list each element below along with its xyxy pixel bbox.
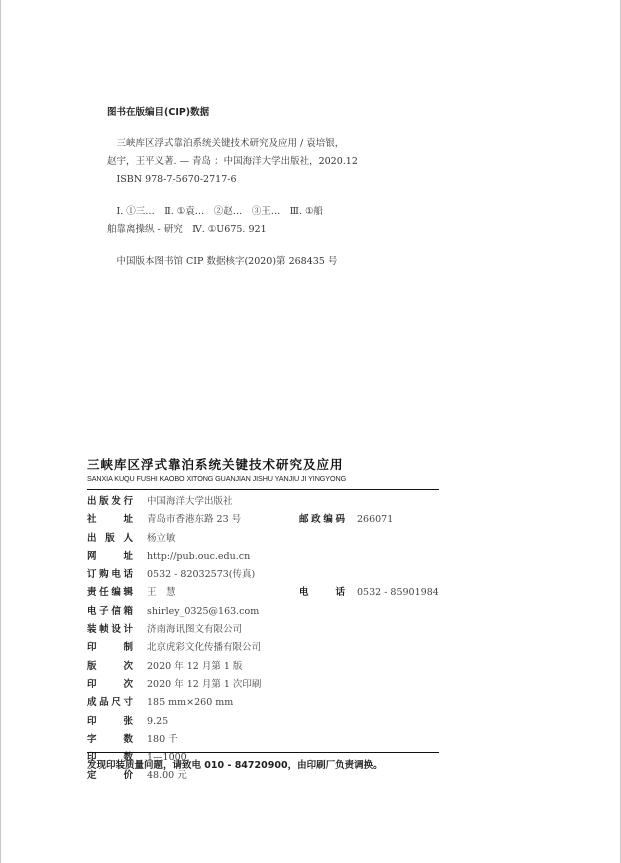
info-value: 9.25 [147, 713, 168, 731]
info-row: 出版人杨立敏 [87, 530, 447, 548]
label-char: 制 [123, 639, 133, 657]
label-char: 次 [123, 658, 133, 676]
label-char: 箱 [123, 603, 133, 621]
info-row: 版次2020 年 12 月第 1 版 [87, 658, 447, 676]
cip-line: 舶靠离操纵 - 研究 Ⅳ. ①U675. 921 [107, 221, 437, 239]
divider-top [87, 489, 439, 490]
label-char: 成 [87, 694, 97, 712]
info-label: 出版发行 [87, 493, 133, 511]
label-char: 印 [87, 639, 97, 657]
info-value-secondary: 0532 - 85901984 [357, 584, 439, 602]
label-char: 辑 [123, 584, 133, 602]
info-value: 2020 年 12 月第 1 次印刷 [147, 676, 261, 694]
label-char: 电 [87, 603, 97, 621]
info-row: 订购电话0532 - 82032573(传真) [87, 566, 447, 584]
info-value: 济南海讯图文有限公司 [147, 621, 242, 639]
info-label: 社址 [87, 511, 133, 529]
info-row: 电子信箱shirley_0325@163.com [87, 603, 447, 621]
label-char: 版 [99, 493, 109, 511]
label-char: 出 [87, 493, 97, 511]
label-char: 尺 [111, 694, 121, 712]
divider-bottom [87, 752, 439, 753]
info-value: 2020 年 12 月第 1 版 [147, 658, 242, 676]
info-label: 网址 [87, 548, 133, 566]
label-char: 社 [87, 511, 97, 529]
info-row: 社址青岛市香港东路 23 号邮政编码266071 [87, 511, 447, 529]
info-label: 责任编辑 [87, 584, 133, 602]
label-char: 址 [123, 548, 133, 566]
label-char: 装 [87, 621, 97, 639]
label-char: 张 [123, 713, 133, 731]
label-char: 出 [87, 530, 97, 548]
label-char: 址 [123, 511, 133, 529]
cip-line: Ⅰ. ①三… Ⅱ. ①袁… ②赵… ③王… Ⅲ. ①船 [107, 203, 437, 221]
info-label: 版次 [87, 658, 133, 676]
info-value: 中国海洋大学出版社 [147, 493, 233, 511]
publication-info: 出版发行中国海洋大学出版社社址青岛市香港东路 23 号邮政编码266071出版人… [87, 493, 447, 786]
label-char: 任 [99, 584, 109, 602]
spacer [107, 189, 437, 203]
label-char: 数 [123, 731, 133, 749]
quality-notice: 发现印装质量问题，请致电 010 - 84720900，由印刷厂负责调换。 [87, 757, 383, 771]
label-char: 邮 [299, 511, 309, 529]
info-row: 责任编辑王 慧电话0532 - 85901984 [87, 584, 447, 602]
label-char: 印 [87, 676, 97, 694]
cip-isbn: ISBN 978-7-5670-2717-6 [107, 171, 437, 189]
info-row: 装帧设计济南海讯图文有限公司 [87, 621, 447, 639]
info-value: http://pub.ouc.edu.cn [147, 548, 250, 566]
info-label-secondary: 电话 [299, 584, 345, 602]
label-char: 发 [111, 493, 121, 511]
cip-heading: 图书在版编目(CIP)数据 [107, 104, 437, 122]
info-value: 王 慧 [147, 584, 176, 602]
info-value: 180 千 [147, 731, 178, 749]
info-row: 印制北京虎彩文化传播有限公司 [87, 639, 447, 657]
page-edge-left [0, 0, 1, 863]
label-char: 印 [87, 713, 97, 731]
info-label: 印制 [87, 639, 133, 657]
info-label: 订购电话 [87, 566, 133, 584]
label-char: 责 [87, 584, 97, 602]
label-char: 信 [111, 603, 121, 621]
cip-record-number: 中国版本图书馆 CIP 数据核字(2020)第 268435 号 [107, 253, 437, 271]
info-label: 印张 [87, 713, 133, 731]
info-value: 0532 - 82032573(传真) [147, 566, 255, 584]
info-label: 出版人 [87, 530, 133, 548]
info-value: 185 mm×260 mm [147, 694, 233, 712]
info-row: 出版发行中国海洋大学出版社 [87, 493, 447, 511]
label-char: 行 [123, 493, 133, 511]
label-char: 编 [111, 584, 121, 602]
label-char: 电 [299, 584, 309, 602]
label-char: 话 [123, 566, 133, 584]
label-char: 码 [335, 511, 345, 529]
label-char: 字 [87, 731, 97, 749]
info-label-secondary: 邮政编码 [299, 511, 345, 529]
label-char: 版 [87, 658, 97, 676]
info-row: 成品尺寸185 mm×260 mm [87, 694, 447, 712]
label-char: 电 [111, 566, 121, 584]
label-char: 购 [99, 566, 109, 584]
label-char: 话 [335, 584, 345, 602]
info-row: 印次2020 年 12 月第 1 次印刷 [87, 676, 447, 694]
info-row: 字数180 千 [87, 731, 447, 749]
label-char: 品 [99, 694, 109, 712]
label-char: 版 [105, 530, 115, 548]
info-label: 电子信箱 [87, 603, 133, 621]
cip-data-block: 图书在版编目(CIP)数据 三峡库区浮式靠泊系统关键技术研究及应用 / 袁培银，… [107, 104, 437, 271]
label-char: 设 [111, 621, 121, 639]
info-label: 装帧设计 [87, 621, 133, 639]
info-value: 杨立敏 [147, 530, 176, 548]
info-value: 青岛市香港东路 23 号 [147, 511, 241, 529]
label-char: 寸 [123, 694, 133, 712]
cip-line: 赵宇，王平义著. — 青岛 ：中国海洋大学出版社，2020.12 [107, 153, 437, 171]
info-row: 网址http://pub.ouc.edu.cn [87, 548, 447, 566]
label-char: 网 [87, 548, 97, 566]
info-row: 印张9.25 [87, 713, 447, 731]
label-char: 订 [87, 566, 97, 584]
info-label: 印次 [87, 676, 133, 694]
info-value: shirley_0325@163.com [147, 603, 259, 621]
cip-line: 三峡库区浮式靠泊系统关键技术研究及应用 / 袁培银， [107, 135, 437, 153]
spacer [107, 239, 437, 253]
info-label: 字数 [87, 731, 133, 749]
info-label: 成品尺寸 [87, 694, 133, 712]
label-char: 编 [323, 511, 333, 529]
info-value-secondary: 266071 [357, 511, 393, 529]
label-char: 计 [123, 621, 133, 639]
book-title-pinyin: SANXIA KUQU FUSHI KAOBO XITONG GUANJIAN … [87, 474, 346, 483]
label-char: 政 [311, 511, 321, 529]
label-char: 次 [123, 676, 133, 694]
label-char: 人 [123, 530, 133, 548]
info-value: 北京虎彩文化传播有限公司 [147, 639, 261, 657]
label-char: 帧 [99, 621, 109, 639]
book-title: 三峡库区浮式靠泊系统关键技术研究及应用 [87, 455, 344, 473]
label-char: 子 [99, 603, 109, 621]
